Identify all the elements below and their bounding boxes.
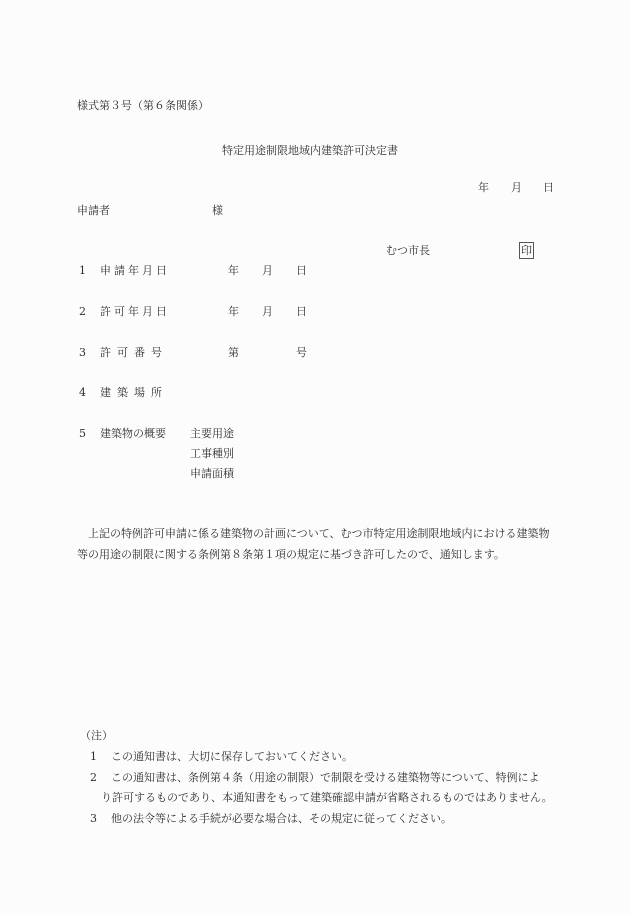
- item-label: 許可番号: [100, 347, 168, 358]
- note-text: この通知書は、条例第４条（用途の制限）で制限を受ける建築物等について、特例によ: [111, 772, 540, 783]
- header-date-year: 年: [478, 182, 489, 193]
- item-day: 日: [296, 306, 307, 317]
- header-date-month: 月: [511, 182, 522, 193]
- item-prefix: 第: [228, 347, 239, 358]
- item-suffix: 号: [296, 347, 307, 358]
- form-number: 様式第３号（第６条関係）: [77, 100, 209, 111]
- header-date-day: 日: [543, 182, 554, 193]
- item-year: 年: [228, 306, 239, 317]
- item-number: 2: [79, 306, 86, 317]
- body-line-1: 上記の特例許可申請に係る建築物の計画について、むつ市特定用途制限地域内における建…: [88, 528, 550, 539]
- document-title: 特定用途制限地域内建築許可決定書: [222, 145, 398, 156]
- note-number: 1: [90, 751, 97, 762]
- item-year: 年: [228, 265, 239, 276]
- item-month: 月: [262, 306, 273, 317]
- seal-stamp-icon: 印: [519, 242, 534, 259]
- item-label: 申請年月日: [100, 265, 170, 276]
- issuer-name: むつ市長: [386, 245, 430, 256]
- sub-item-main-use: 主要用途: [190, 428, 234, 439]
- item-label: 建築物の概要: [100, 428, 166, 439]
- item-day: 日: [296, 265, 307, 276]
- item-label: 許可年月日: [100, 306, 170, 317]
- applicant-honorific: 様: [212, 205, 223, 216]
- note-number: 3: [90, 813, 97, 824]
- notes-heading: （注）: [80, 730, 113, 741]
- sub-item-construction-type: 工事種別: [190, 448, 234, 459]
- item-number: 1: [79, 265, 86, 276]
- note-text: この通知書は、大切に保存しておいてください。: [111, 751, 353, 762]
- item-number: 5: [79, 428, 86, 439]
- item-number: 4: [79, 387, 86, 398]
- body-line-2: 等の用途の制限に関する条例第８条第１項の規定に基づき許可したので、通知します。: [77, 549, 505, 560]
- note-text-continuation: り許可するものであり、本通知書をもって建築確認申請が省略されるものではありません…: [101, 792, 553, 803]
- note-number: 2: [90, 772, 97, 783]
- item-number: 3: [79, 347, 86, 358]
- item-month: 月: [262, 265, 273, 276]
- sub-item-application-area: 申請面積: [190, 468, 234, 479]
- note-text: 他の法令等による手続が必要な場合は、その規定に従ってください。: [111, 813, 452, 824]
- applicant-label: 申請者: [77, 205, 110, 216]
- item-label: 建築場所: [100, 387, 168, 398]
